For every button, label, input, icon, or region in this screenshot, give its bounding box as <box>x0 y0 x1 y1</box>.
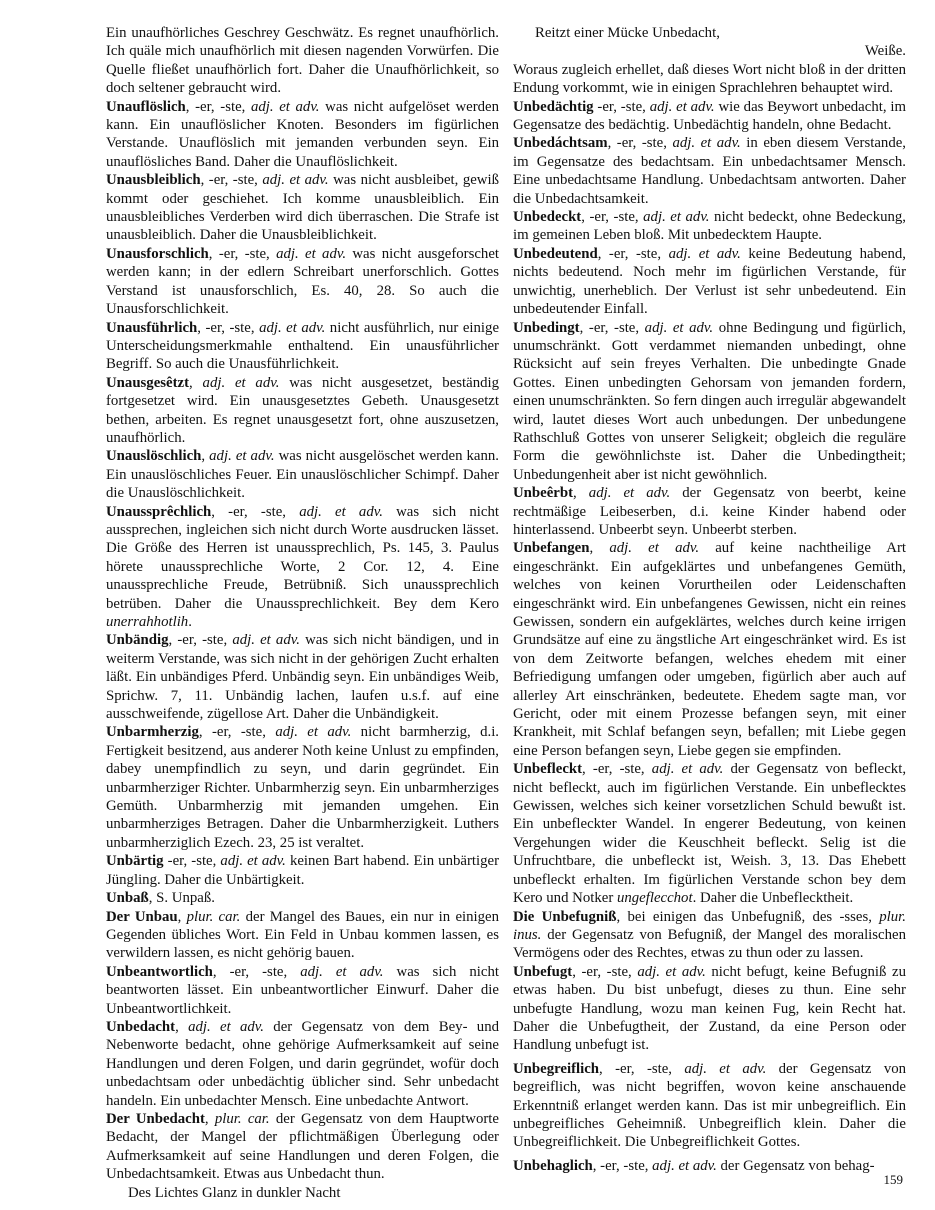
dictionary-entry: Unbehaglich, -er, -ste, adj. et adv. der… <box>513 1157 906 1175</box>
dictionary-entry: Unauflöslich, -er, -ste, adj. et adv. wa… <box>106 98 499 172</box>
dictionary-entry: Unbeêrbt, adj. et adv. der Gegensatz von… <box>513 484 906 539</box>
headword: Unbefugt <box>513 964 572 980</box>
headword: Unbedeutend <box>513 246 598 262</box>
dictionary-entry: Unbedáchtsam, -er, -ste, adj. et adv. in… <box>513 134 906 208</box>
verse-attribution: Weiße. <box>513 42 906 60</box>
dictionary-entry: Der Unbedacht, plur. car. der Gegensatz … <box>106 1110 499 1184</box>
grammar-abbreviation: adj. et adv. <box>645 320 713 336</box>
headword: Unausgesêtzt <box>106 375 189 391</box>
dictionary-entry: Unbedingt, -er, -ste, adj. et adv. ohne … <box>513 319 906 485</box>
grammar-abbreviation: ungeflecchot <box>617 890 693 906</box>
verse-line: Des Lichtes Glanz in dunkler Nacht <box>106 1184 499 1202</box>
headword: Unbaß <box>106 890 149 906</box>
grammar-abbreviation: plur. car. <box>187 909 241 925</box>
headword: Unausbleiblich <box>106 172 201 188</box>
headword: Unbegreiflich <box>513 1061 599 1077</box>
grammar-abbreviation: adj. et adv. <box>299 504 383 520</box>
grammar-abbreviation: adj. et adv. <box>232 632 300 648</box>
grammar-abbreviation: adj. et adv. <box>275 724 351 740</box>
grammar-abbreviation: adj. et adv. <box>203 375 280 391</box>
grammar-abbreviation: adj. et adv. <box>637 964 705 980</box>
grammar-abbreviation: adj. et adv. <box>209 448 274 464</box>
headword: Unbedeckt <box>513 209 581 225</box>
headword: Unauflöslich <box>106 99 186 115</box>
text-columns: Ein unaufhörliches Geschrey Geschwätz. E… <box>106 24 906 1202</box>
headword: Unbehaglich <box>513 1158 593 1174</box>
grammar-abbreviation: plur. car. <box>215 1111 270 1127</box>
verse-line: Reitzt einer Mücke Unbedacht, <box>513 24 906 42</box>
headword: Unbefangen <box>513 540 589 556</box>
grammar-abbreviation: adj. et adv. <box>650 99 715 115</box>
grammar-abbreviation: adj. et adv. <box>220 853 285 869</box>
headword: Der Unbedacht <box>106 1111 205 1127</box>
headword: Unbärtig <box>106 853 164 869</box>
dictionary-entry: Unbeantwortlich, -er, -ste, adj. et adv.… <box>106 963 499 1018</box>
dictionary-page: Ein unaufhörliches Geschrey Geschwätz. E… <box>0 0 935 1210</box>
grammar-abbreviation: adj. et adv. <box>276 246 346 262</box>
headword: Unauslöschlich <box>106 448 201 464</box>
dictionary-entry: Unausgesêtzt, adj. et adv. was nicht aus… <box>106 374 499 448</box>
continuation-paragraph: Woraus zugleich erhellet, daß dieses Wor… <box>513 61 906 98</box>
headword: Unaussprêchlich <box>106 504 211 520</box>
headword: Die Unbefugniß <box>513 909 617 925</box>
dictionary-entry: Unbedeckt, -er, -ste, adj. et adv. nicht… <box>513 208 906 245</box>
grammar-abbreviation: adj. et adv. <box>262 172 328 188</box>
dictionary-entry: Unbedeutend, -er, -ste, adj. et adv. kei… <box>513 245 906 319</box>
headword: Unbeantwortlich <box>106 964 213 980</box>
grammar-abbreviation: adj. et adv. <box>684 1061 766 1077</box>
grammar-abbreviation: adj. et adv. <box>589 485 670 501</box>
headword: Unbeêrbt <box>513 485 573 501</box>
grammar-abbreviation: adj. et adv. <box>652 761 724 777</box>
grammar-abbreviation: adj. et adv. <box>259 320 325 336</box>
headword: Unausführlich <box>106 320 197 336</box>
dictionary-entry: Unauslöschlich, adj. et adv. was nicht a… <box>106 447 499 502</box>
headword: Unbedächtig <box>513 99 594 115</box>
headword: Unbarmherzig <box>106 724 199 740</box>
dictionary-entry: Unbefugt, -er, -ste, adj. et adv. nicht … <box>513 963 906 1055</box>
dictionary-entry: Unbändig, -er, -ste, adj. et adv. was si… <box>106 631 499 723</box>
dictionary-entry: Unausbleiblich, -er, -ste, adj. et adv. … <box>106 171 499 245</box>
grammar-abbreviation: adj. et adv. <box>643 209 709 225</box>
continuation-paragraph: Ein unaufhörliches Geschrey Geschwätz. E… <box>106 24 499 98</box>
dictionary-entry: Unbedächtig -er, -ste, adj. et adv. wie … <box>513 98 906 135</box>
dictionary-entry: Der Unbau, plur. car. der Mangel des Bau… <box>106 908 499 963</box>
dictionary-entry: Unausforschlich, -er, -ste, adj. et adv.… <box>106 245 499 319</box>
dictionary-entry: Unbedacht, adj. et adv. der Gegensatz vo… <box>106 1018 499 1110</box>
headword: Der Unbau <box>106 909 178 925</box>
dictionary-entry: Unbefleckt, -er, -ste, adj. et adv. der … <box>513 760 906 907</box>
headword: Unbefleckt <box>513 761 582 777</box>
page-number: 159 <box>884 1172 904 1188</box>
headword: Unbedáchtsam <box>513 135 608 151</box>
dictionary-entry: Unbegreiflich, -er, -ste, adj. et adv. d… <box>513 1060 906 1152</box>
grammar-abbreviation: unerrahhotlih <box>106 614 188 630</box>
headword: Unausforschlich <box>106 246 209 262</box>
dictionary-entry: Unbaß, S. Unpaß. <box>106 889 499 907</box>
headword: Unbedingt <box>513 320 580 336</box>
grammar-abbreviation: adj. et adv. <box>300 964 383 980</box>
dictionary-entry: Unbefangen, adj. et adv. auf keine nacht… <box>513 539 906 760</box>
grammar-abbreviation: adj. et adv. <box>609 540 699 556</box>
dictionary-entry: Unbarmherzig, -er, -ste, adj. et adv. ni… <box>106 723 499 852</box>
dictionary-entry: Die Unbefugniß, bei einigen das Unbefugn… <box>513 908 906 963</box>
headword: Unbedacht <box>106 1019 175 1035</box>
dictionary-entry: Unbärtig -er, -ste, adj. et adv. keinen … <box>106 852 499 889</box>
headword: Unbändig <box>106 632 169 648</box>
grammar-abbreviation: adj. et adv. <box>652 1158 717 1174</box>
grammar-abbreviation: adj. et adv. <box>672 135 740 151</box>
dictionary-entry: Unaussprêchlich, -er, -ste, adj. et adv.… <box>106 503 499 632</box>
grammar-abbreviation: adj. et adv. <box>188 1019 264 1035</box>
left-column: Ein unaufhörliches Geschrey Geschwätz. E… <box>106 24 499 1202</box>
grammar-abbreviation: adj. et adv. <box>669 246 741 262</box>
grammar-abbreviation: adj. et adv. <box>251 99 320 115</box>
right-column: Reitzt einer Mücke Unbedacht,Weiße.Worau… <box>513 24 906 1202</box>
dictionary-entry: Unausführlich, -er, -ste, adj. et adv. n… <box>106 319 499 374</box>
